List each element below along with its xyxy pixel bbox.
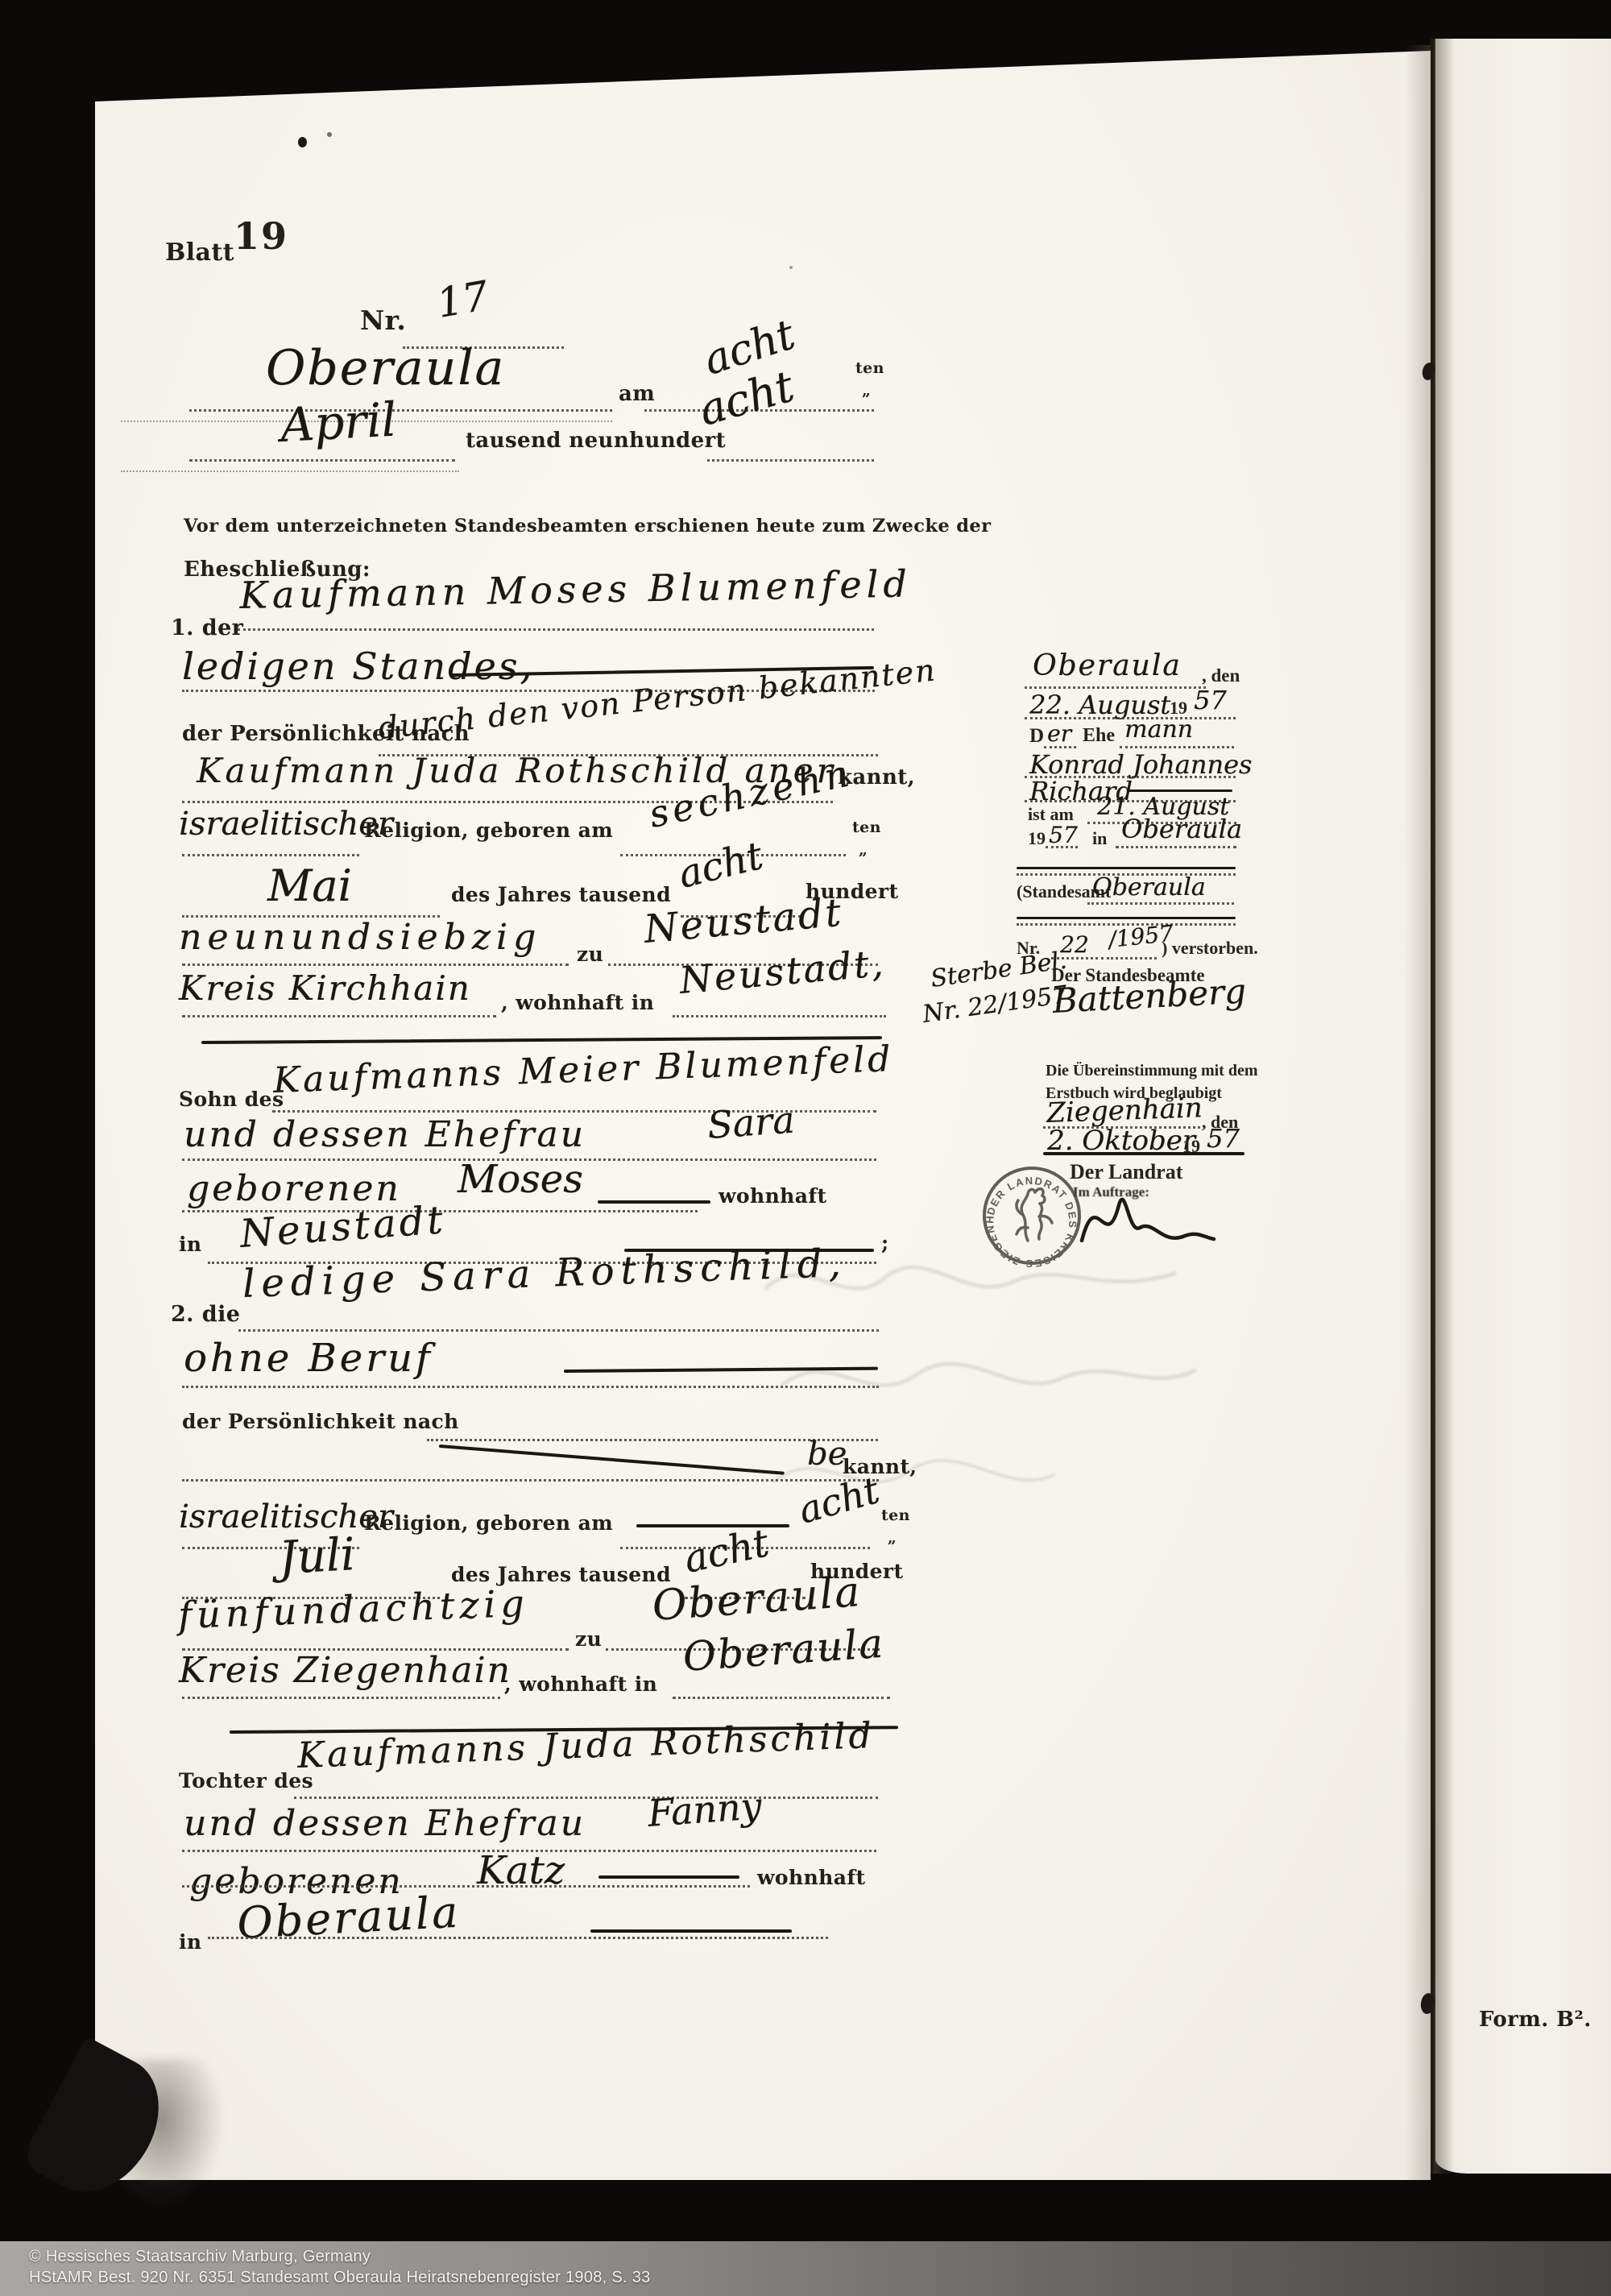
am-label: am: [619, 382, 655, 406]
bride-birth-month: Juli: [278, 1528, 357, 1585]
in-label: in: [179, 1930, 201, 1954]
landrat-district-stamp: DER LANDRAT DES KREISES ZIEGENHAIN: [979, 1163, 1084, 1268]
in-label: in: [179, 1233, 201, 1256]
archive-reference: HStAMR Best. 920 Nr. 6351 Standesamt Obe…: [29, 2269, 651, 2287]
nr-value: 17: [433, 272, 492, 327]
note-year-suffix: 57: [1194, 685, 1227, 715]
wohnhaft-label: wohnhaft: [757, 1866, 865, 1889]
hand-drawn-dash: [598, 1875, 739, 1879]
blatt-label: Blatt: [165, 238, 234, 267]
certification-place: Ziegenhain: [1046, 1092, 1203, 1129]
bride-occupation: ohne Beruf: [184, 1336, 433, 1381]
tausend-label: tausend neunhundert: [466, 429, 726, 453]
groom-religion-label: Religion, geboren am: [364, 819, 613, 842]
bride-religion-label: Religion, geboren am: [364, 1511, 613, 1535]
archive-caption-bar: © Hessisches Staatsarchiv Marburg, Germa…: [0, 2241, 1611, 2296]
fill-line: [1120, 746, 1234, 748]
ten-superscript: ten: [852, 819, 881, 836]
bride-mother: und dessen Ehefrau: [184, 1803, 586, 1844]
groom-mother-maiden: Moses: [458, 1157, 583, 1202]
fill-line: [238, 1329, 879, 1332]
marriage-month: April: [279, 392, 397, 453]
marriage-place: Oberaula: [266, 340, 505, 396]
note-ehe-label: Ehe: [1083, 725, 1115, 747]
fill-line: [182, 1386, 879, 1388]
fill-line: [1046, 846, 1078, 848]
archival-scan: Blatt 19 Nr. 17 Oberaula am acht ten „ A…: [0, 0, 1611, 2296]
fill-line: [1044, 746, 1076, 748]
bride-religion: israelitischer: [179, 1498, 393, 1536]
rule-line: [1043, 1152, 1244, 1155]
fill-line: [121, 470, 459, 472]
ink-speck: [327, 132, 332, 137]
fill-line: [182, 1015, 496, 1017]
fill-line: [208, 1937, 828, 1939]
groom-status: ledigen Standes,: [182, 644, 534, 688]
note-year-prefix: 19: [1028, 828, 1046, 849]
note-er: er: [1047, 720, 1071, 747]
ten-superscript: ten: [855, 359, 884, 377]
fill-line: [1107, 957, 1157, 959]
bride-mother-name: Fanny: [646, 1784, 763, 1835]
groom-number-label: 1. der: [171, 615, 243, 640]
ink-speck: [789, 266, 793, 269]
fill-line: [1116, 846, 1236, 848]
groom-mother: und dessen Ehefrau: [184, 1114, 586, 1155]
tochter-label: Tochter des: [179, 1769, 313, 1792]
bride-wohnhaft-label: , wohnhaft in: [504, 1672, 657, 1696]
hand-drawn-dash: [636, 1524, 789, 1527]
repeat-mark: „: [862, 382, 871, 400]
repeat-mark: „: [859, 841, 868, 859]
groom-wohnhaft-label: , wohnhaft in: [501, 991, 654, 1014]
next-page-edge: [1435, 39, 1611, 2174]
groom-district: Kreis Kirchhain: [179, 968, 471, 1008]
note-verstorben-label: ) verstorben.: [1162, 938, 1258, 959]
blatt-number: 19: [234, 214, 288, 258]
note-d-label: D: [1029, 725, 1044, 748]
fill-line: [182, 1885, 750, 1888]
rule-line: [1017, 867, 1236, 869]
fill-line: [189, 409, 612, 412]
fill-line: [707, 459, 874, 462]
hand-drawn-dash: [590, 1929, 792, 1933]
bride-be: be: [807, 1436, 847, 1473]
fill-line: [1025, 686, 1206, 689]
gutter-shadow: [1434, 39, 1455, 2174]
zu-label: zu: [577, 943, 603, 966]
fill-line: [673, 1015, 886, 1017]
wohnhaft-label: wohnhaft: [719, 1184, 826, 1208]
fill-line: [673, 1697, 890, 1699]
fill-line: [294, 1797, 878, 1799]
note-death-place: Oberaula: [1121, 814, 1242, 844]
rule-line: [1017, 917, 1236, 919]
fill-line: [238, 628, 874, 631]
note-year-suffix: 57: [1049, 822, 1078, 848]
bride-district: Kreis Ziegenhain: [179, 1650, 511, 1691]
zu-label: zu: [575, 1627, 602, 1651]
sohn-label: Sohn des: [179, 1088, 284, 1111]
groom-religion: israelitischer: [179, 806, 393, 843]
groom-birth-month: Mai: [267, 860, 352, 911]
certification-year-suffix: 57: [1207, 1123, 1240, 1154]
intro-line1: Vor dem unterzeichneten Standesbeamten e…: [184, 516, 991, 537]
fill-line: [189, 459, 455, 462]
groom-mother-name: Sara: [706, 1098, 796, 1147]
stamp-lion-emblem: [1017, 1189, 1052, 1241]
fill-line: [182, 1479, 879, 1482]
ten-superscript: ten: [881, 1506, 910, 1524]
fill-line: [182, 854, 359, 856]
groom-year-label: des Jahres tausend: [451, 883, 671, 906]
repeat-mark: „: [888, 1529, 897, 1547]
note-in-label: in: [1092, 828, 1107, 849]
groom-year-tens: neunundsiebzig: [179, 917, 541, 958]
hand-drawn-dash: [598, 1200, 710, 1204]
note-mann: mann: [1124, 715, 1193, 744]
fill-line: [182, 1697, 500, 1699]
hand-drawn-dash: [1128, 790, 1232, 792]
fill-line: [1087, 902, 1234, 905]
note-den-label: , den: [1202, 665, 1240, 686]
ink-speck: [298, 137, 307, 147]
nr-label: Nr.: [360, 305, 406, 336]
fill-line: [182, 964, 569, 966]
certification-line1: Die Übereinstimmung mit dem: [1046, 1062, 1258, 1080]
bride-number-label: 2. die: [171, 1302, 240, 1327]
archive-copyright: © Hessisches Staatsarchiv Marburg, Germa…: [29, 2248, 371, 2266]
note-standesamt-place: Oberaula: [1092, 873, 1206, 901]
landrat-signature: [1075, 1178, 1220, 1258]
form-code: Form. B².: [1479, 2008, 1592, 2032]
note-place: Oberaula: [1033, 649, 1182, 682]
bride-identity-label: der Persönlichkeit nach: [182, 1410, 459, 1433]
